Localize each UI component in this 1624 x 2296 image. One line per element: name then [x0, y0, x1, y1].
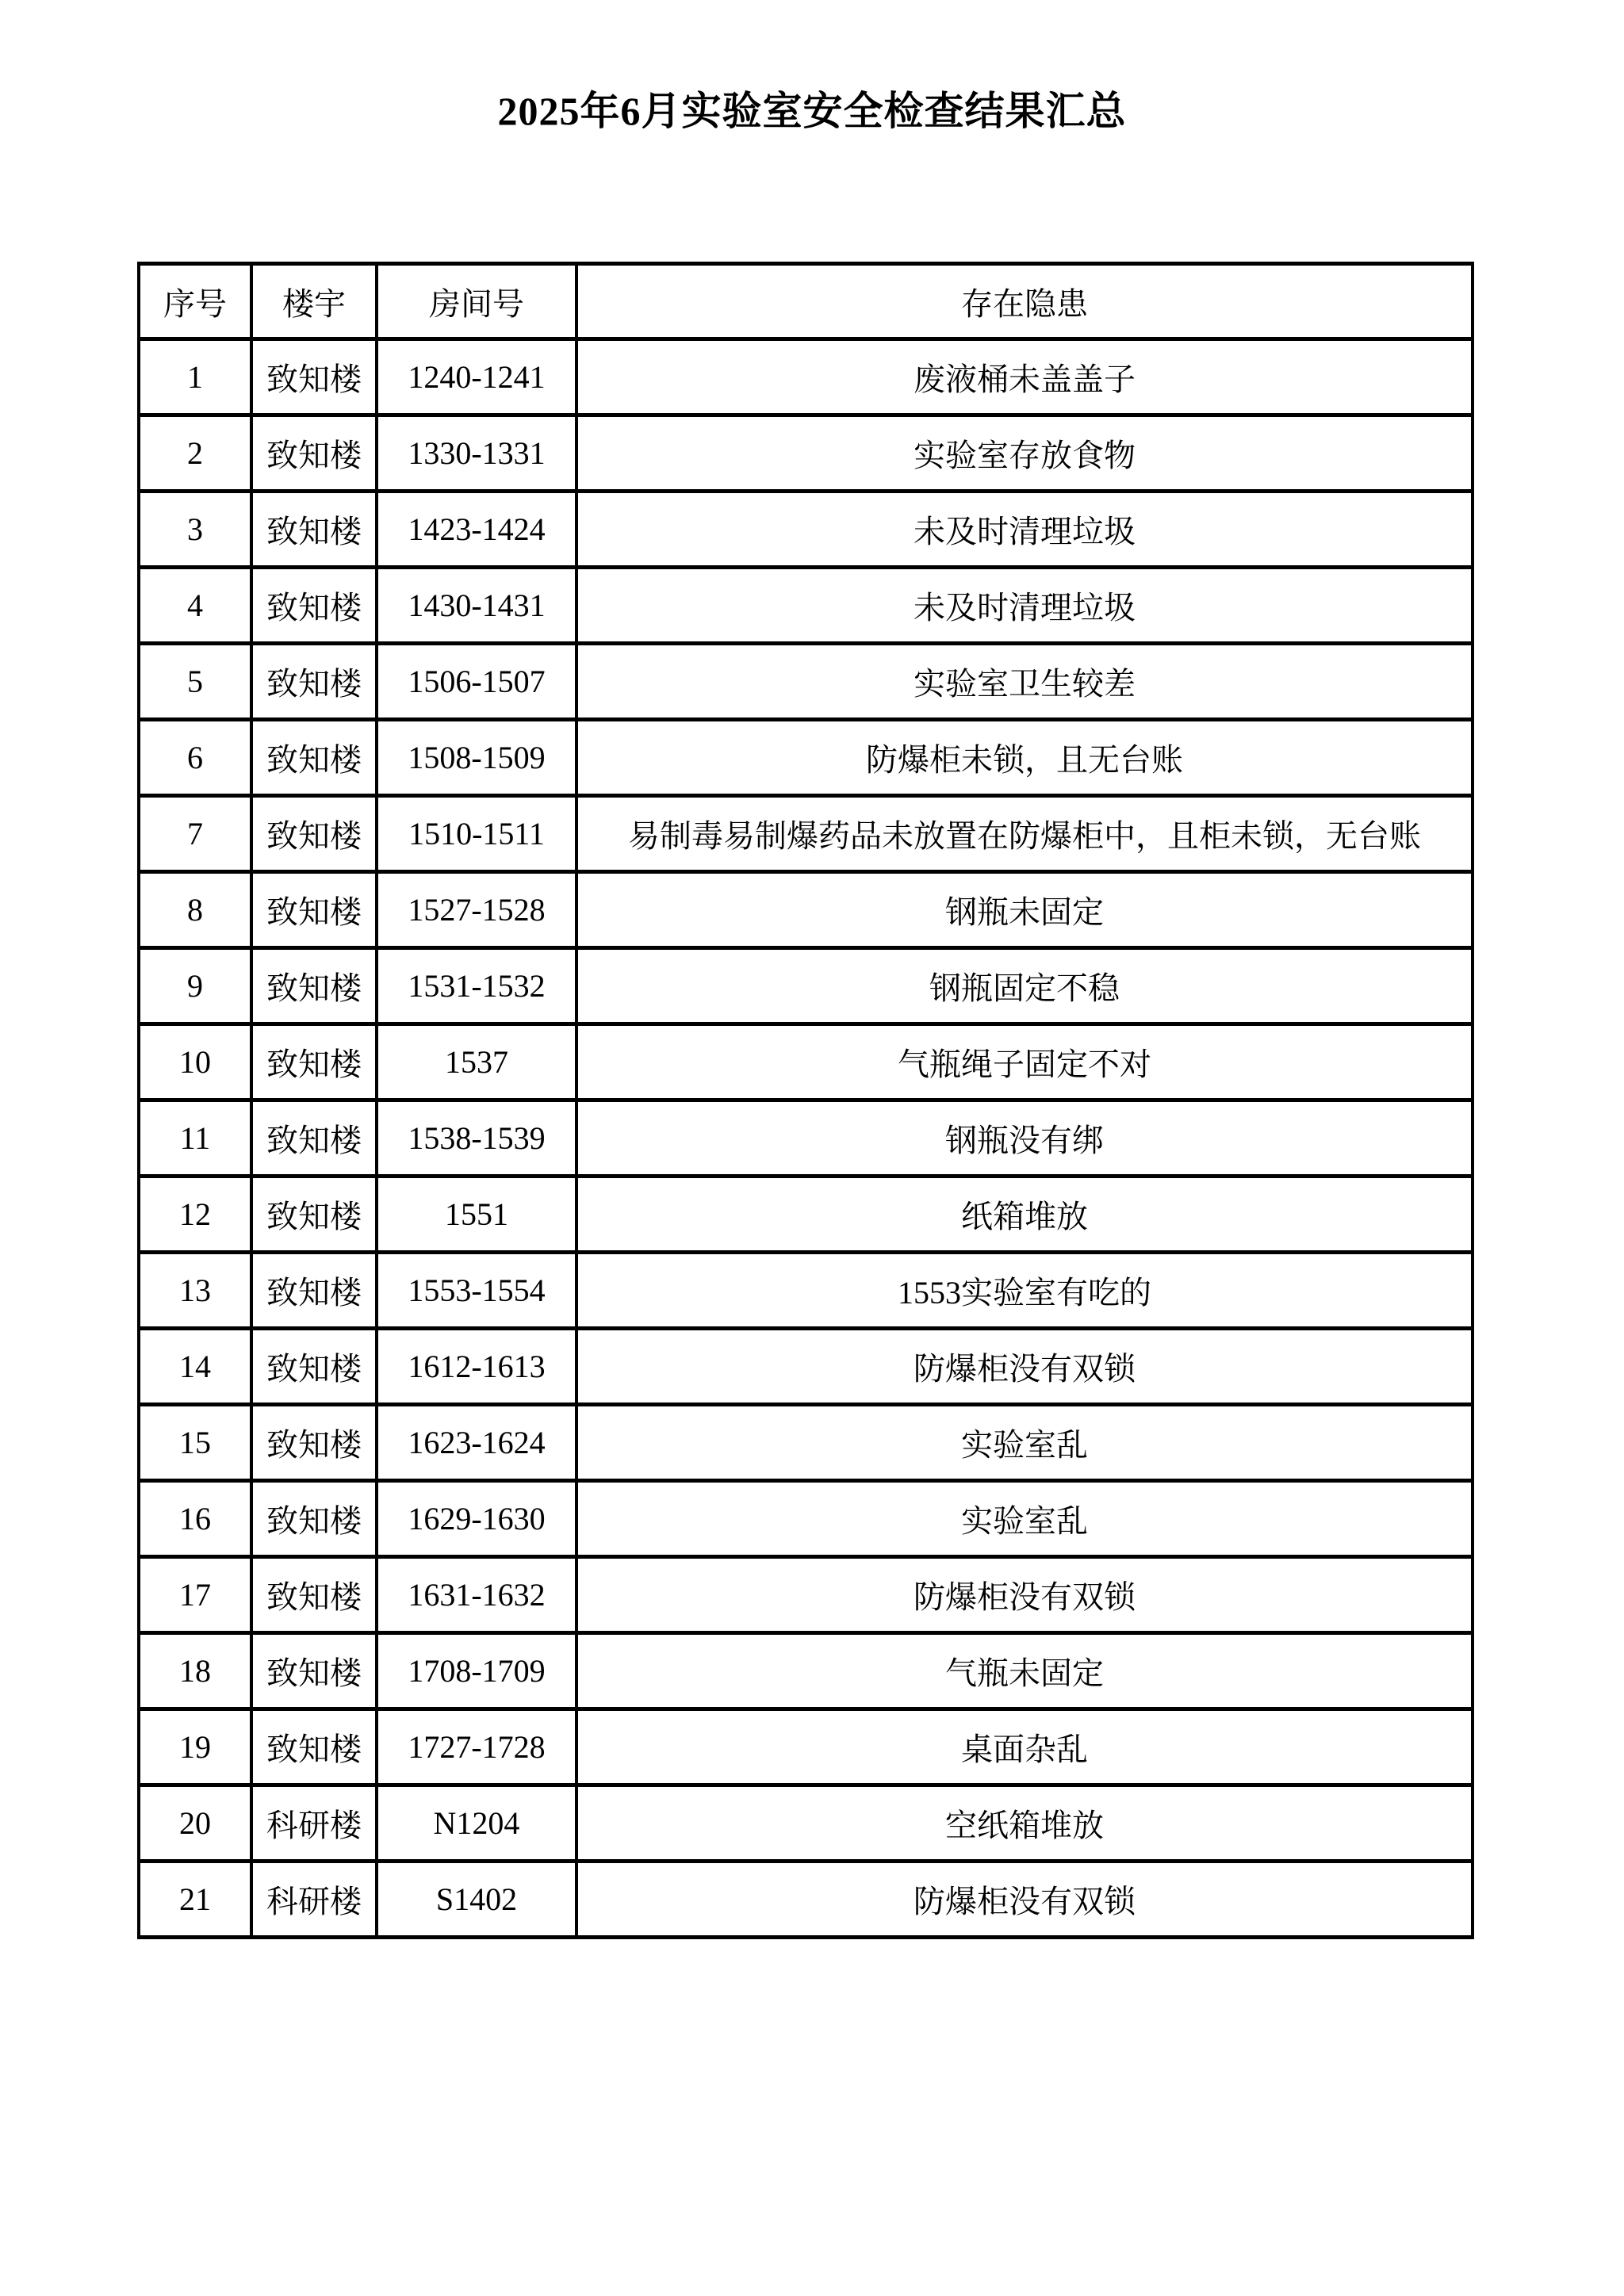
table-row: 4致知楼1430-1431未及时清理垃圾	[139, 568, 1473, 644]
cell-index: 15	[139, 1405, 251, 1481]
table-row: 2致知楼1330-1331实验室存放食物	[139, 415, 1473, 492]
cell-building: 科研楼	[251, 1862, 377, 1938]
column-header-hazard: 存在隐患	[576, 264, 1473, 339]
table-row: 11致知楼1538-1539钢瓶没有绑	[139, 1100, 1473, 1177]
cell-room: S1402	[377, 1862, 576, 1938]
cell-room: 1727-1728	[377, 1709, 576, 1785]
cell-room: 1531-1532	[377, 948, 576, 1024]
cell-room: 1629-1630	[377, 1481, 576, 1557]
table-row: 5致知楼1506-1507实验室卫生较差	[139, 644, 1473, 720]
cell-hazard: 气瓶绳子固定不对	[576, 1024, 1473, 1100]
cell-hazard: 钢瓶未固定	[576, 872, 1473, 948]
cell-hazard: 易制毒易制爆药品未放置在防爆柜中，且柜未锁，无台账	[576, 796, 1473, 872]
cell-room: 1430-1431	[377, 568, 576, 644]
cell-building: 致知楼	[251, 568, 377, 644]
table-row: 10致知楼1537气瓶绳子固定不对	[139, 1024, 1473, 1100]
cell-building: 致知楼	[251, 1405, 377, 1481]
table-row: 15致知楼1623-1624实验室乱	[139, 1405, 1473, 1481]
cell-room: 1510-1511	[377, 796, 576, 872]
cell-index: 12	[139, 1177, 251, 1253]
table-row: 12致知楼1551纸箱堆放	[139, 1177, 1473, 1253]
cell-building: 致知楼	[251, 1557, 377, 1633]
cell-building: 致知楼	[251, 1709, 377, 1785]
cell-hazard: 防爆柜没有双锁	[576, 1557, 1473, 1633]
cell-building: 致知楼	[251, 872, 377, 948]
cell-index: 9	[139, 948, 251, 1024]
cell-room: 1527-1528	[377, 872, 576, 948]
cell-room: 1551	[377, 1177, 576, 1253]
cell-hazard: 实验室存放食物	[576, 415, 1473, 492]
header-row: 序号 楼宇 房间号 存在隐患	[139, 264, 1473, 339]
table-row: 16致知楼1629-1630实验室乱	[139, 1481, 1473, 1557]
cell-hazard: 实验室乱	[576, 1405, 1473, 1481]
cell-index: 14	[139, 1329, 251, 1405]
cell-index: 2	[139, 415, 251, 492]
cell-hazard: 未及时清理垃圾	[576, 492, 1473, 568]
cell-building: 致知楼	[251, 796, 377, 872]
document-page: 2025年6月实验室安全检查结果汇总 序号 楼宇 房间号 存在隐患 1致知楼12…	[0, 0, 1624, 2296]
table-row: 19致知楼1727-1728桌面杂乱	[139, 1709, 1473, 1785]
table-row: 8致知楼1527-1528钢瓶未固定	[139, 872, 1473, 948]
cell-room: 1612-1613	[377, 1329, 576, 1405]
table-row: 7致知楼1510-1511易制毒易制爆药品未放置在防爆柜中，且柜未锁，无台账	[139, 796, 1473, 872]
cell-hazard: 纸箱堆放	[576, 1177, 1473, 1253]
page-title: 2025年6月实验室安全检查结果汇总	[0, 79, 1624, 136]
cell-hazard: 空纸箱堆放	[576, 1785, 1473, 1862]
cell-index: 5	[139, 644, 251, 720]
cell-building: 致知楼	[251, 720, 377, 796]
cell-building: 致知楼	[251, 1100, 377, 1177]
cell-index: 16	[139, 1481, 251, 1557]
cell-room: 1537	[377, 1024, 576, 1100]
cell-index: 18	[139, 1633, 251, 1709]
table-row: 21科研楼S1402防爆柜没有双锁	[139, 1862, 1473, 1938]
table-row: 1致知楼1240-1241废液桶未盖盖子	[139, 339, 1473, 415]
cell-index: 4	[139, 568, 251, 644]
cell-building: 致知楼	[251, 1481, 377, 1557]
cell-index: 19	[139, 1709, 251, 1785]
cell-hazard: 防爆柜未锁，且无台账	[576, 720, 1473, 796]
cell-room: 1330-1331	[377, 415, 576, 492]
cell-index: 1	[139, 339, 251, 415]
cell-index: 7	[139, 796, 251, 872]
column-header-building: 楼宇	[251, 264, 377, 339]
table-row: 18致知楼1708-1709气瓶未固定	[139, 1633, 1473, 1709]
cell-room: N1204	[377, 1785, 576, 1862]
cell-building: 致知楼	[251, 948, 377, 1024]
cell-building: 致知楼	[251, 1329, 377, 1405]
inspection-results-table: 序号 楼宇 房间号 存在隐患 1致知楼1240-1241废液桶未盖盖子2致知楼1…	[137, 262, 1474, 1939]
cell-building: 科研楼	[251, 1785, 377, 1862]
cell-building: 致知楼	[251, 492, 377, 568]
column-header-room: 房间号	[377, 264, 576, 339]
table-row: 13致知楼1553-15541553实验室有吃的	[139, 1253, 1473, 1329]
cell-room: 1240-1241	[377, 339, 576, 415]
cell-hazard: 桌面杂乱	[576, 1709, 1473, 1785]
cell-index: 13	[139, 1253, 251, 1329]
cell-building: 致知楼	[251, 1253, 377, 1329]
table-row: 9致知楼1531-1532钢瓶固定不稳	[139, 948, 1473, 1024]
cell-hazard: 钢瓶没有绑	[576, 1100, 1473, 1177]
cell-hazard: 1553实验室有吃的	[576, 1253, 1473, 1329]
cell-room: 1423-1424	[377, 492, 576, 568]
cell-building: 致知楼	[251, 1024, 377, 1100]
cell-hazard: 实验室卫生较差	[576, 644, 1473, 720]
table-row: 6致知楼1508-1509防爆柜未锁，且无台账	[139, 720, 1473, 796]
table-row: 14致知楼1612-1613防爆柜没有双锁	[139, 1329, 1473, 1405]
cell-room: 1506-1507	[377, 644, 576, 720]
cell-building: 致知楼	[251, 1633, 377, 1709]
cell-hazard: 气瓶未固定	[576, 1633, 1473, 1709]
table-row: 20科研楼N1204空纸箱堆放	[139, 1785, 1473, 1862]
cell-index: 10	[139, 1024, 251, 1100]
cell-hazard: 防爆柜没有双锁	[576, 1329, 1473, 1405]
cell-building: 致知楼	[251, 339, 377, 415]
cell-hazard: 废液桶未盖盖子	[576, 339, 1473, 415]
cell-room: 1538-1539	[377, 1100, 576, 1177]
cell-index: 3	[139, 492, 251, 568]
cell-room: 1631-1632	[377, 1557, 576, 1633]
cell-building: 致知楼	[251, 415, 377, 492]
cell-room: 1708-1709	[377, 1633, 576, 1709]
cell-room: 1508-1509	[377, 720, 576, 796]
column-header-index: 序号	[139, 264, 251, 339]
cell-room: 1553-1554	[377, 1253, 576, 1329]
cell-building: 致知楼	[251, 644, 377, 720]
cell-building: 致知楼	[251, 1177, 377, 1253]
cell-index: 21	[139, 1862, 251, 1938]
cell-hazard: 钢瓶固定不稳	[576, 948, 1473, 1024]
table-row: 17致知楼1631-1632防爆柜没有双锁	[139, 1557, 1473, 1633]
table-row: 3致知楼1423-1424未及时清理垃圾	[139, 492, 1473, 568]
cell-hazard: 实验室乱	[576, 1481, 1473, 1557]
cell-index: 20	[139, 1785, 251, 1862]
cell-hazard: 未及时清理垃圾	[576, 568, 1473, 644]
cell-index: 8	[139, 872, 251, 948]
cell-room: 1623-1624	[377, 1405, 576, 1481]
cell-index: 17	[139, 1557, 251, 1633]
cell-hazard: 防爆柜没有双锁	[576, 1862, 1473, 1938]
cell-index: 11	[139, 1100, 251, 1177]
cell-index: 6	[139, 720, 251, 796]
